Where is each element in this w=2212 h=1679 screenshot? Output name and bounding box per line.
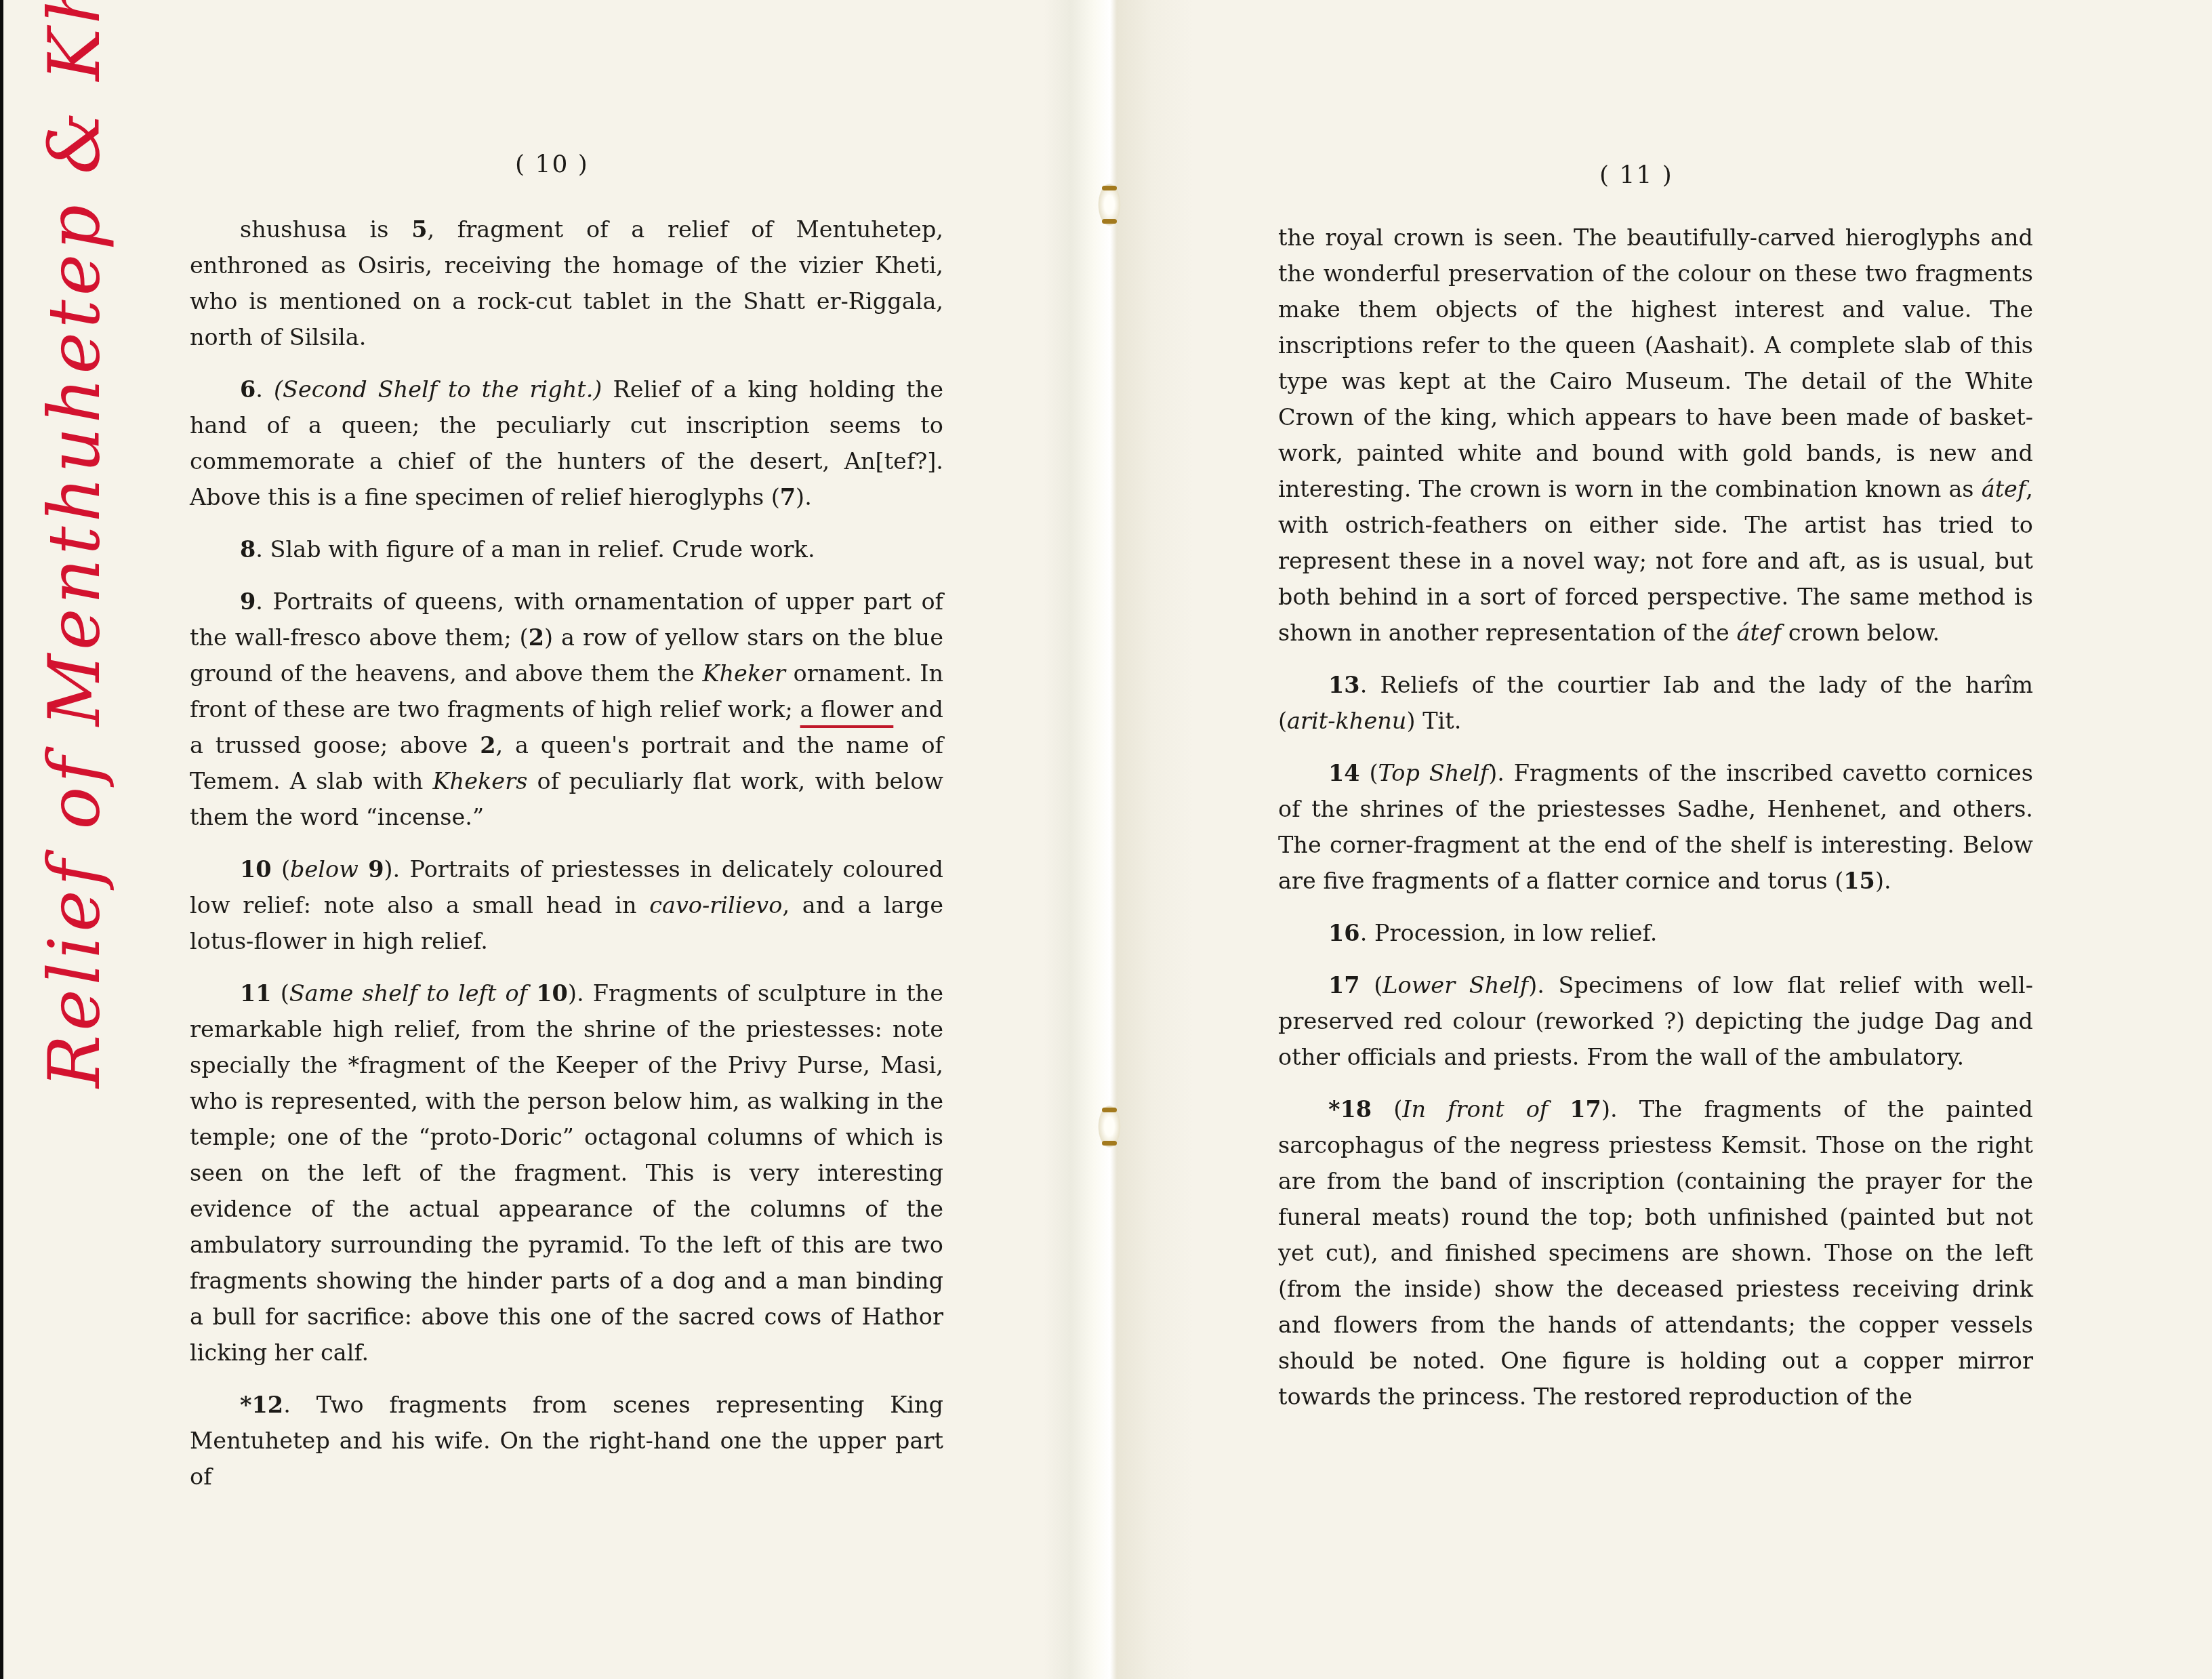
entry-text: . Two fragments from scenes representing…: [190, 1392, 943, 1490]
entry-text: átef: [1736, 620, 1781, 646]
entry-text: arit-khenu: [1287, 708, 1406, 734]
left-page: Relief of Menthuhetep & Kheti ( 10 ) shu…: [0, 0, 1111, 1679]
entry-number: 14: [1328, 760, 1360, 786]
catalogue-entry: *18 (In front of 17). The fragments of t…: [1278, 1091, 2033, 1415]
red-underlined-text: a flower: [800, 696, 894, 723]
entry-text: ) Tit.: [1406, 708, 1461, 734]
entry-text: (: [1360, 760, 1378, 786]
entry-text: crown below.: [1781, 620, 1940, 646]
entry-number: 16: [1328, 920, 1360, 946]
handwritten-margin-annotation: Relief of Menthuhetep & Kheti: [24, 180, 125, 1088]
entry-text: [527, 980, 536, 1007]
entry-text: Lower Shelf: [1382, 972, 1528, 998]
entry-text: .: [255, 376, 274, 403]
entry-text: . Slab with figure of a man in relief. C…: [255, 536, 815, 563]
entry-text: shushusa is: [240, 216, 411, 243]
catalogue-entry: the royal crown is seen. The beautifully…: [1278, 220, 2033, 651]
catalogue-entry: *12. Two fragments from scenes represent…: [190, 1387, 943, 1495]
entry-text: [359, 856, 368, 883]
entry-text: Top Shelf: [1378, 760, 1489, 786]
entry-number: 5: [411, 216, 427, 243]
page-number-left: ( 10 ): [515, 150, 589, 178]
entry-number: 9: [240, 588, 255, 615]
entry-number: 11: [240, 980, 272, 1007]
entry-text: . Procession, in low relief.: [1360, 920, 1658, 946]
catalogue-entry: 11 (Same shelf to left of 10). Fragments…: [190, 975, 943, 1371]
entry-number: 9: [368, 856, 384, 883]
entry-text: (: [272, 980, 289, 1007]
entry-number: *12: [240, 1392, 283, 1418]
entry-text: the royal crown is seen. The beautifully…: [1278, 224, 2033, 502]
entry-text: Kheker: [702, 660, 785, 687]
entry-text: In front of: [1402, 1096, 1548, 1122]
catalogue-entry: 8. Slab with figure of a man in relief. …: [190, 531, 943, 567]
entry-text: Same shelf to left of: [289, 980, 527, 1007]
entry-text: ).: [796, 484, 812, 510]
entry-number: 17: [1328, 972, 1360, 998]
entry-number: 10: [240, 856, 272, 883]
entry-text: (: [272, 856, 290, 883]
page-number-right: ( 11 ): [1599, 161, 1673, 189]
entry-number: *18: [1328, 1096, 1372, 1122]
catalogue-entry: 17 (Lower Shelf). Specimens of low flat …: [1278, 967, 2033, 1075]
entry-text: (: [1360, 972, 1383, 998]
entry-number: 2: [480, 732, 495, 758]
entry-text: (Second Shelf to the right.): [274, 376, 602, 403]
entry-text: cavo-rilievo: [649, 892, 782, 918]
entry-number: 10: [536, 980, 568, 1007]
catalogue-entry: 14 (Top Shelf). Fragments of the inscrib…: [1278, 755, 2033, 899]
entry-text: ).: [1875, 868, 1891, 894]
catalogue-entry: 13. Reliefs of the courtier Iab and the …: [1278, 667, 2033, 739]
right-page: ( 11 ) the royal crown is seen. The beau…: [1111, 0, 2212, 1679]
entry-number: 2: [529, 624, 544, 651]
book-spread: Relief of Menthuhetep & Kheti ( 10 ) shu…: [0, 0, 2212, 1679]
left-page-text: shushusa is 5, fragment of a relief of M…: [190, 211, 943, 1511]
entry-number: 7: [780, 484, 796, 510]
entry-text: ). Fragments of sculpture in the remarka…: [190, 980, 943, 1366]
entry-number: 8: [240, 536, 255, 563]
show-through-mark: [1599, 1539, 1884, 1566]
entry-text: below: [290, 856, 359, 883]
entry-text: Khekers: [433, 768, 528, 794]
entry-text: (: [1372, 1096, 1402, 1122]
entry-number: 13: [1328, 672, 1360, 698]
entry-number: 6: [240, 376, 255, 403]
entry-number: 15: [1843, 868, 1875, 894]
catalogue-entry: 6. (Second Shelf to the right.) Relief o…: [190, 371, 943, 515]
catalogue-entry: 16. Procession, in low relief.: [1278, 915, 2033, 951]
entry-text: [1548, 1096, 1570, 1122]
entry-text: ). The fragments of the painted sarcopha…: [1278, 1096, 2033, 1410]
catalogue-entry: 10 (below 9). Portraits of priestesses i…: [190, 851, 943, 959]
right-page-text: the royal crown is seen. The beautifully…: [1278, 220, 2033, 1431]
catalogue-entry: shushusa is 5, fragment of a relief of M…: [190, 211, 943, 355]
entry-number: 17: [1570, 1096, 1601, 1122]
catalogue-entry: 9. Portraits of queens, with ornamentati…: [190, 584, 943, 835]
entry-text: átef: [1982, 476, 2026, 502]
